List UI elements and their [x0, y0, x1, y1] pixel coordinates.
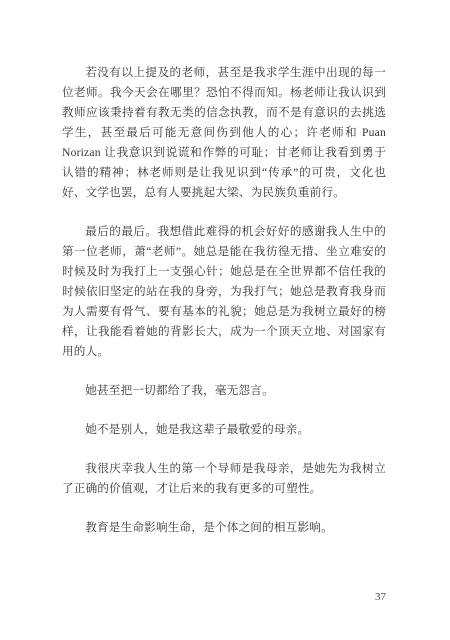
paragraph: 教育是生命影响生命，是个体之间的相互影响。 [62, 518, 386, 538]
document-text-body: 若没有以上提及的老师，甚至是我求学生涯中出现的每一位老师。我今天会在哪里？恐怕不… [62, 63, 386, 557]
paragraph: 最后的最后。我想借此难得的机会好好的感谢我人生中的第一位老师，萧“老师”。她总是… [62, 222, 386, 362]
paragraph: 她甚至把一切都给了我，毫无怨言。 [62, 381, 386, 401]
page-number: 37 [62, 591, 386, 603]
paragraph: 若没有以上提及的老师，甚至是我求学生涯中出现的每一位老师。我今天会在哪里？恐怕不… [62, 63, 386, 203]
paragraph: 我很庆幸我人生的第一个导师是我母亲，是她先为我树立了正确的价值观，才让后来的我有… [62, 459, 386, 499]
paragraph: 她不是别人，她是我这辈子最敬爱的母亲。 [62, 420, 386, 440]
document-page: 若没有以上提及的老师，甚至是我求学生涯中出现的每一位老师。我今天会在哪里？恐怕不… [0, 0, 450, 640]
